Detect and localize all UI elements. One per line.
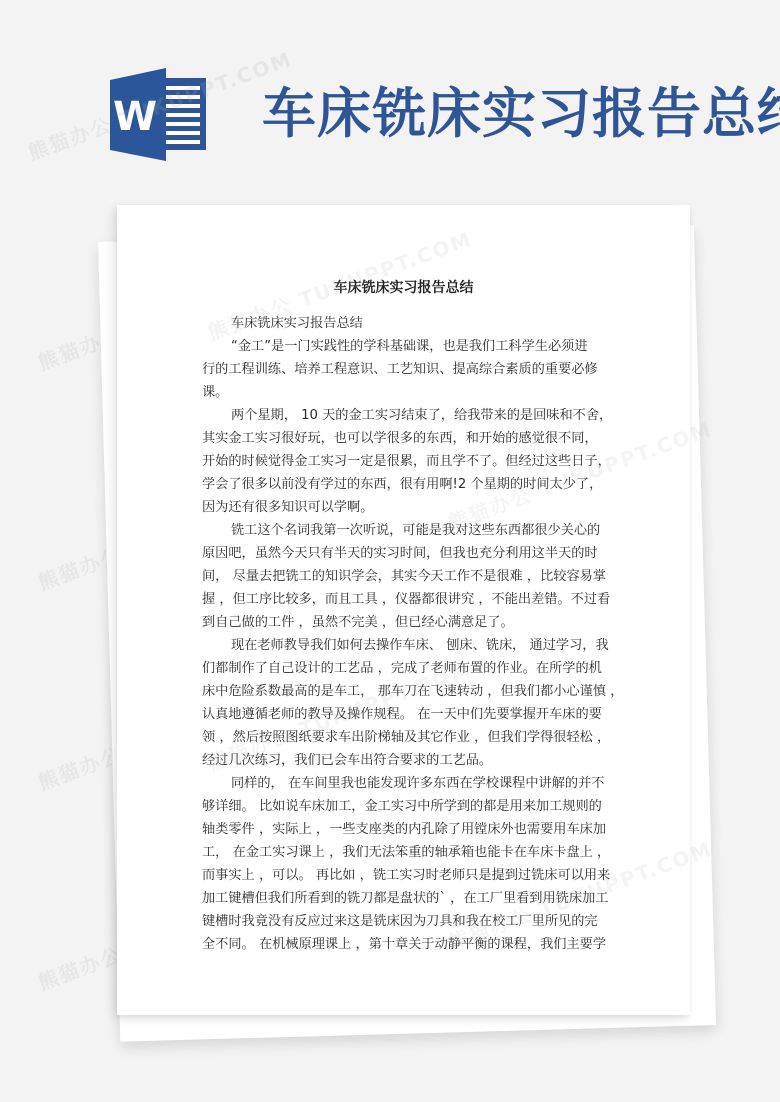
- document-title: 车床铣床实习报告总结: [117, 277, 690, 297]
- document-line: 键槽时我竟没有反应过来这是铣床因为刀具和我在校工厂里所见的完: [202, 910, 612, 933]
- document-line: 铣工这个名词我第一次听说，可能是我对这些东西都很少关心的: [202, 519, 612, 542]
- document-line: 到自己做的工件 ，虽然不完美 ，但已经心满意足了。: [202, 611, 612, 634]
- svg-text:W: W: [113, 94, 157, 140]
- document-line: 因为还有很多知识可以学啊。: [202, 496, 612, 519]
- document-line: 床中危险系数最高的是车工， 那车刀在飞速转动 ，但我们都小心谨慎 ，: [202, 680, 612, 703]
- document-line: 间， 尽量去把铣工的知识学会，其实今天工作不是很难 ，比较容易掌: [202, 565, 612, 588]
- document-line: 行的工程训练、培养工程意识、工艺知识、提高综合素质的重要必修: [202, 358, 612, 381]
- document-line: 够详细。 比如说车床加工，金工实习中所学到的都是用来加工规则的: [202, 795, 612, 818]
- document-line: 经过几次练习，我们已会车出符合要求的工艺品。: [202, 749, 612, 772]
- document-line: 两个星期， 10 天的金工实习结束了，给我带来的是回味和不舍，: [202, 404, 612, 427]
- banner-title: 车床铣床实习报告总结: [262, 78, 780, 148]
- document-line: 原因吧，虽然今天只有半天的实习时间，但我也充分利用这半天的时: [202, 542, 612, 565]
- document-line: 现在老师教导我们如何去操作车床、 刨床、铣床， 通过学习，我: [202, 634, 612, 657]
- document-line: 而事实上 ，可以。 再比如 ，铣工实习时老师只是提到过铣床可以用来: [202, 864, 612, 887]
- document-line: 开始的时候觉得金工实习一定是很累，而且学不了。但经过这些日子，: [202, 450, 612, 473]
- document-body: 车床铣床实习报告总结“金工”是一门实践性的学科基础课，也是我们工科学生必须进行的…: [202, 312, 612, 956]
- document-line: 工， 在金工实习课上 ，我们无法笨重的轴承箱也能卡在车床卡盘上 ，: [202, 841, 612, 864]
- document-line: 认真地遵循老师的教导及操作规程。 在一天中们先要掌握开车床的要: [202, 703, 612, 726]
- word-document-icon: W: [108, 68, 208, 161]
- document-line: 们都制作了自己设计的工艺品 ，完成了老师布置的作业。在所学的机: [202, 657, 612, 680]
- document-page: 车床铣床实习报告总结 车床铣床实习报告总结“金工”是一门实践性的学科基础课，也是…: [117, 205, 690, 1015]
- document-line: 同样的， 在车间里我也能发现许多东西在学校课程中讲解的并不: [202, 772, 612, 795]
- document-line: 学会了很多以前没有学过的东西，很有用啊!2 个星期的时间太少了，: [202, 473, 612, 496]
- document-line: 领 ，然后按照图纸要求车出阶梯轴及其它作业 ，但我们学得很轻松 ，: [202, 726, 612, 749]
- header-banner: W 车床铣床实习报告总结: [0, 0, 780, 200]
- document-line: 其实金工实习很好玩，也可以学很多的东西，和开始的感觉很不同，: [202, 427, 612, 450]
- document-line: 握 ，但工序比较多，而且工具 ，仪器都很讲究 ，不能出差错。不过看: [202, 588, 612, 611]
- document-line: 车床铣床实习报告总结: [202, 312, 612, 335]
- document-line: 课。: [202, 381, 612, 404]
- document-line: 全不同。 在机械原理课上 ，第十章关于动静平衡的课程，我们主要学: [202, 933, 612, 956]
- document-line: 轴类零件 ，实际上 ，一些支座类的内孔除了用镗床外也需要用车床加: [202, 818, 612, 841]
- document-line: 加工键槽但我们所看到的铣刀都是盘状的` ，在工厂里看到用铣床加工: [202, 887, 612, 910]
- document-line: “金工”是一门实践性的学科基础课，也是我们工科学生必须进: [202, 335, 612, 358]
